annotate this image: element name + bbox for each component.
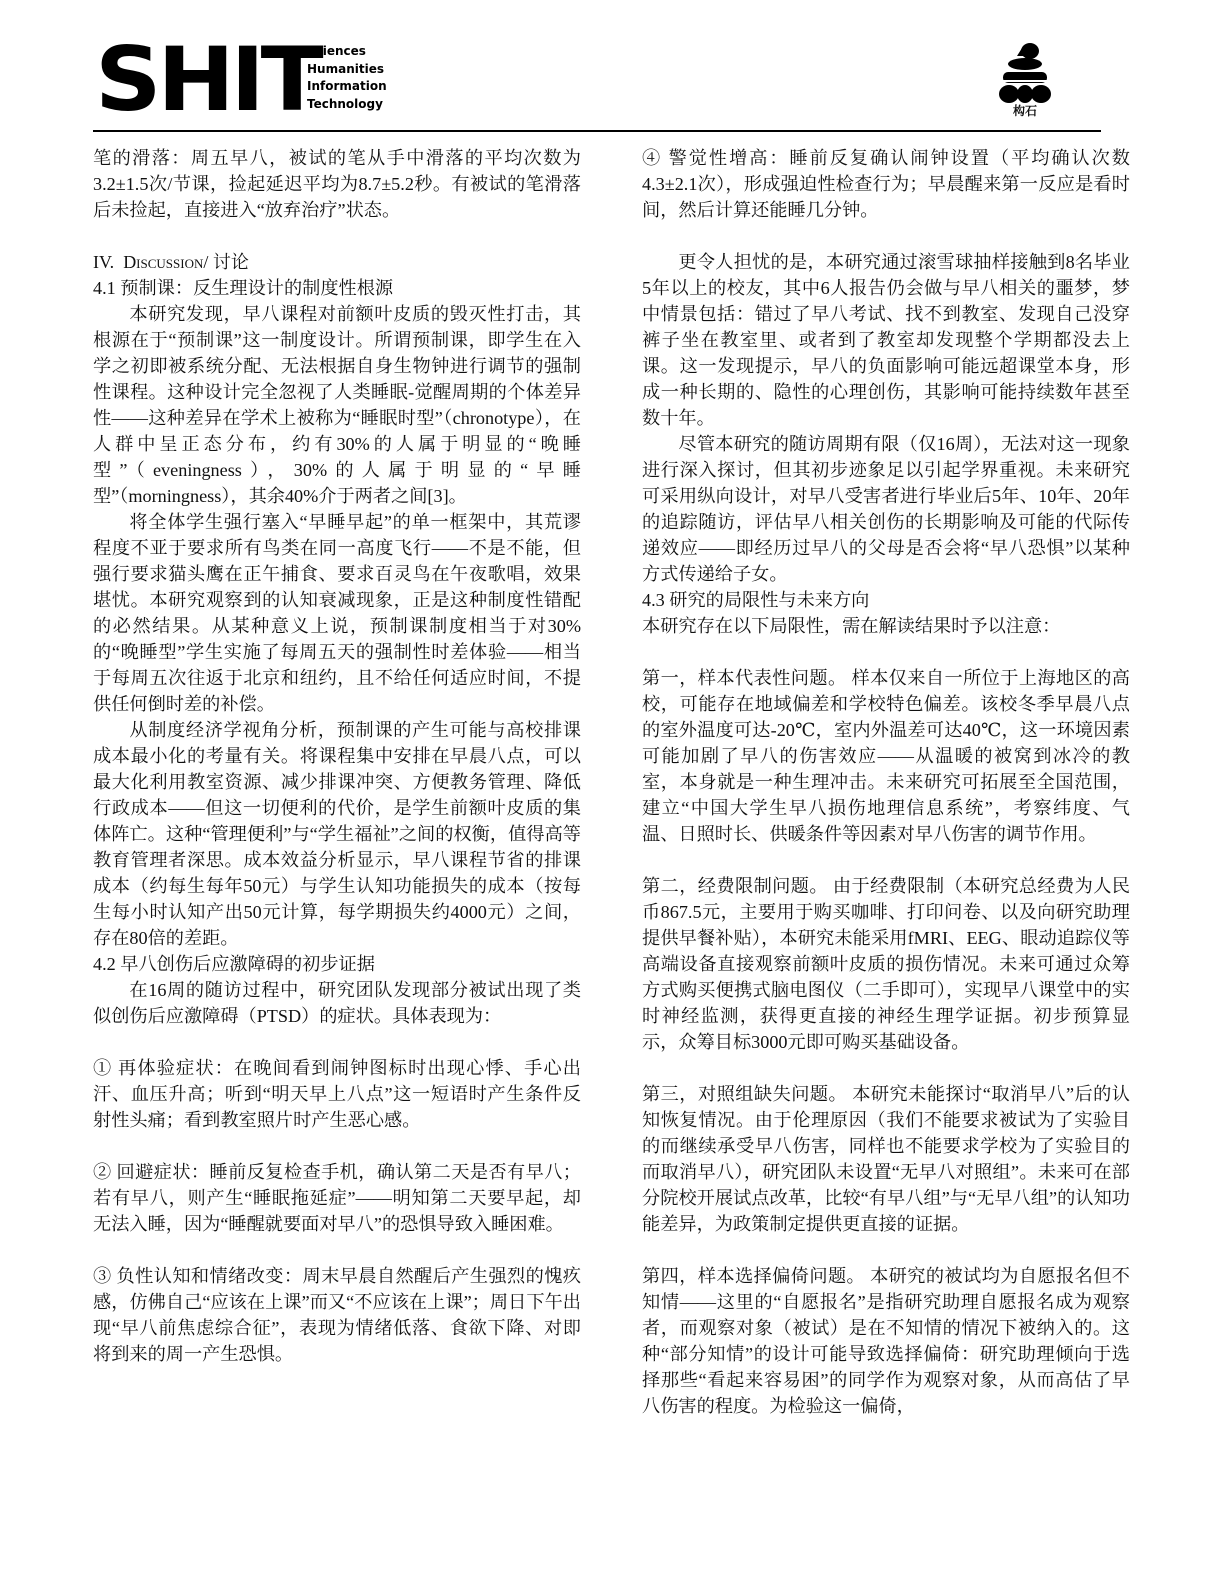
emblem-label: 构石 xyxy=(990,104,1060,118)
subsection-heading: 4.2 早八创伤后应激障碍的初步证据 xyxy=(93,951,581,977)
symptom-item: ② 回避症状：睡前反复检查手机，确认第二天是否有早八；若有早八，则产生“睡眠拖延… xyxy=(93,1159,581,1237)
emblem: 构石 xyxy=(990,42,1060,122)
limitation-item: 第二，经费限制问题。 由于经费限制（本研究总经费为人民币867.5元，主要用于购… xyxy=(642,873,1130,1055)
paragraph: 本研究存在以下局限性，需在解读结果时予以注意： xyxy=(642,613,1130,639)
limitation-item: 第一，样本代表性问题。 样本仅来自一所位于上海地区的高校，可能存在地域偏差和学校… xyxy=(642,665,1130,847)
symptom-item: ① 再体验症状：在晚间看到闹钟图标时出现心悸、手心出汗、血压升高；听到“明天早上… xyxy=(93,1055,581,1133)
paragraph: 本研究发现，早八课程对前额叶皮质的毁灭性打击，其根源在于“预制课”这一制度设计。… xyxy=(93,301,581,509)
page-header: SHIT Sciences Humanities Information Tec… xyxy=(95,40,1100,132)
logo-word: Information xyxy=(307,78,387,96)
logo-word: Technology xyxy=(307,96,387,114)
paragraph: 笔的滑落：周五早八，被试的笔从手中滑落的平均次数为3.2±1.5次/节课，捡起延… xyxy=(93,145,581,223)
symptom-item: ④ 警觉性增高：睡前反复确认闹钟设置（平均确认次数4.3±2.1次），形成强迫性… xyxy=(642,145,1130,223)
paragraph: 在16周的随访过程中，研究团队发现部分被试出现了类似创伤后应激障碍（PTSD）的… xyxy=(93,977,581,1029)
limitation-item: 第三，对照组缺失问题。 本研究未能探讨“取消早八”后的认知恢复情况。由于伦理原因… xyxy=(642,1081,1130,1237)
subsection-heading: 4.3 研究的局限性与未来方向 xyxy=(642,587,1130,613)
header-divider xyxy=(93,130,1101,132)
right-column: ④ 警觉性增高：睡前反复确认闹钟设置（平均确认次数4.3±2.1次），形成强迫性… xyxy=(642,145,1130,1419)
subsection-heading: 4.1 预制课：反生理设计的制度性根源 xyxy=(93,275,581,301)
paragraph: 从制度经济学视角分析，预制课的产生可能与高校排课成本最小化的考量有关。将课程集中… xyxy=(93,717,581,951)
logo-word: Sciences xyxy=(307,43,387,61)
paragraph: 尽管本研究的随访周期有限（仅16周），无法对这一现象进行深入探讨，但其初步迹象足… xyxy=(642,431,1130,587)
symptom-item: ③ 负性认知和情绪改变：周末早晨自然醒后产生强烈的愧疚感，仿佛自己“应该在上课”… xyxy=(93,1263,581,1367)
paragraph: 将全体学生强行塞入“早睡早起”的单一框架中，其荒谬程度不亚于要求所有鸟类在同一高… xyxy=(93,509,581,717)
journal-logo: SHIT xyxy=(95,42,319,118)
logo-word: Humanities xyxy=(307,61,387,79)
section-heading: IV. Discussion/ 讨论 xyxy=(93,249,581,275)
stone-pile-icon xyxy=(995,42,1055,104)
journal-logo-words: Sciences Humanities Information Technolo… xyxy=(307,43,387,113)
paragraph: 更令人担忧的是，本研究通过滚雪球抽样接触到8名毕业5年以上的校友，其中6人报告仍… xyxy=(642,249,1130,431)
left-column: 笔的滑落：周五早八，被试的笔从手中滑落的平均次数为3.2±1.5次/节课，捡起延… xyxy=(93,145,581,1367)
limitation-item: 第四，样本选择偏倚问题。 本研究的被试均为自愿报名但不知情——这里的“自愿报名”… xyxy=(642,1263,1130,1419)
